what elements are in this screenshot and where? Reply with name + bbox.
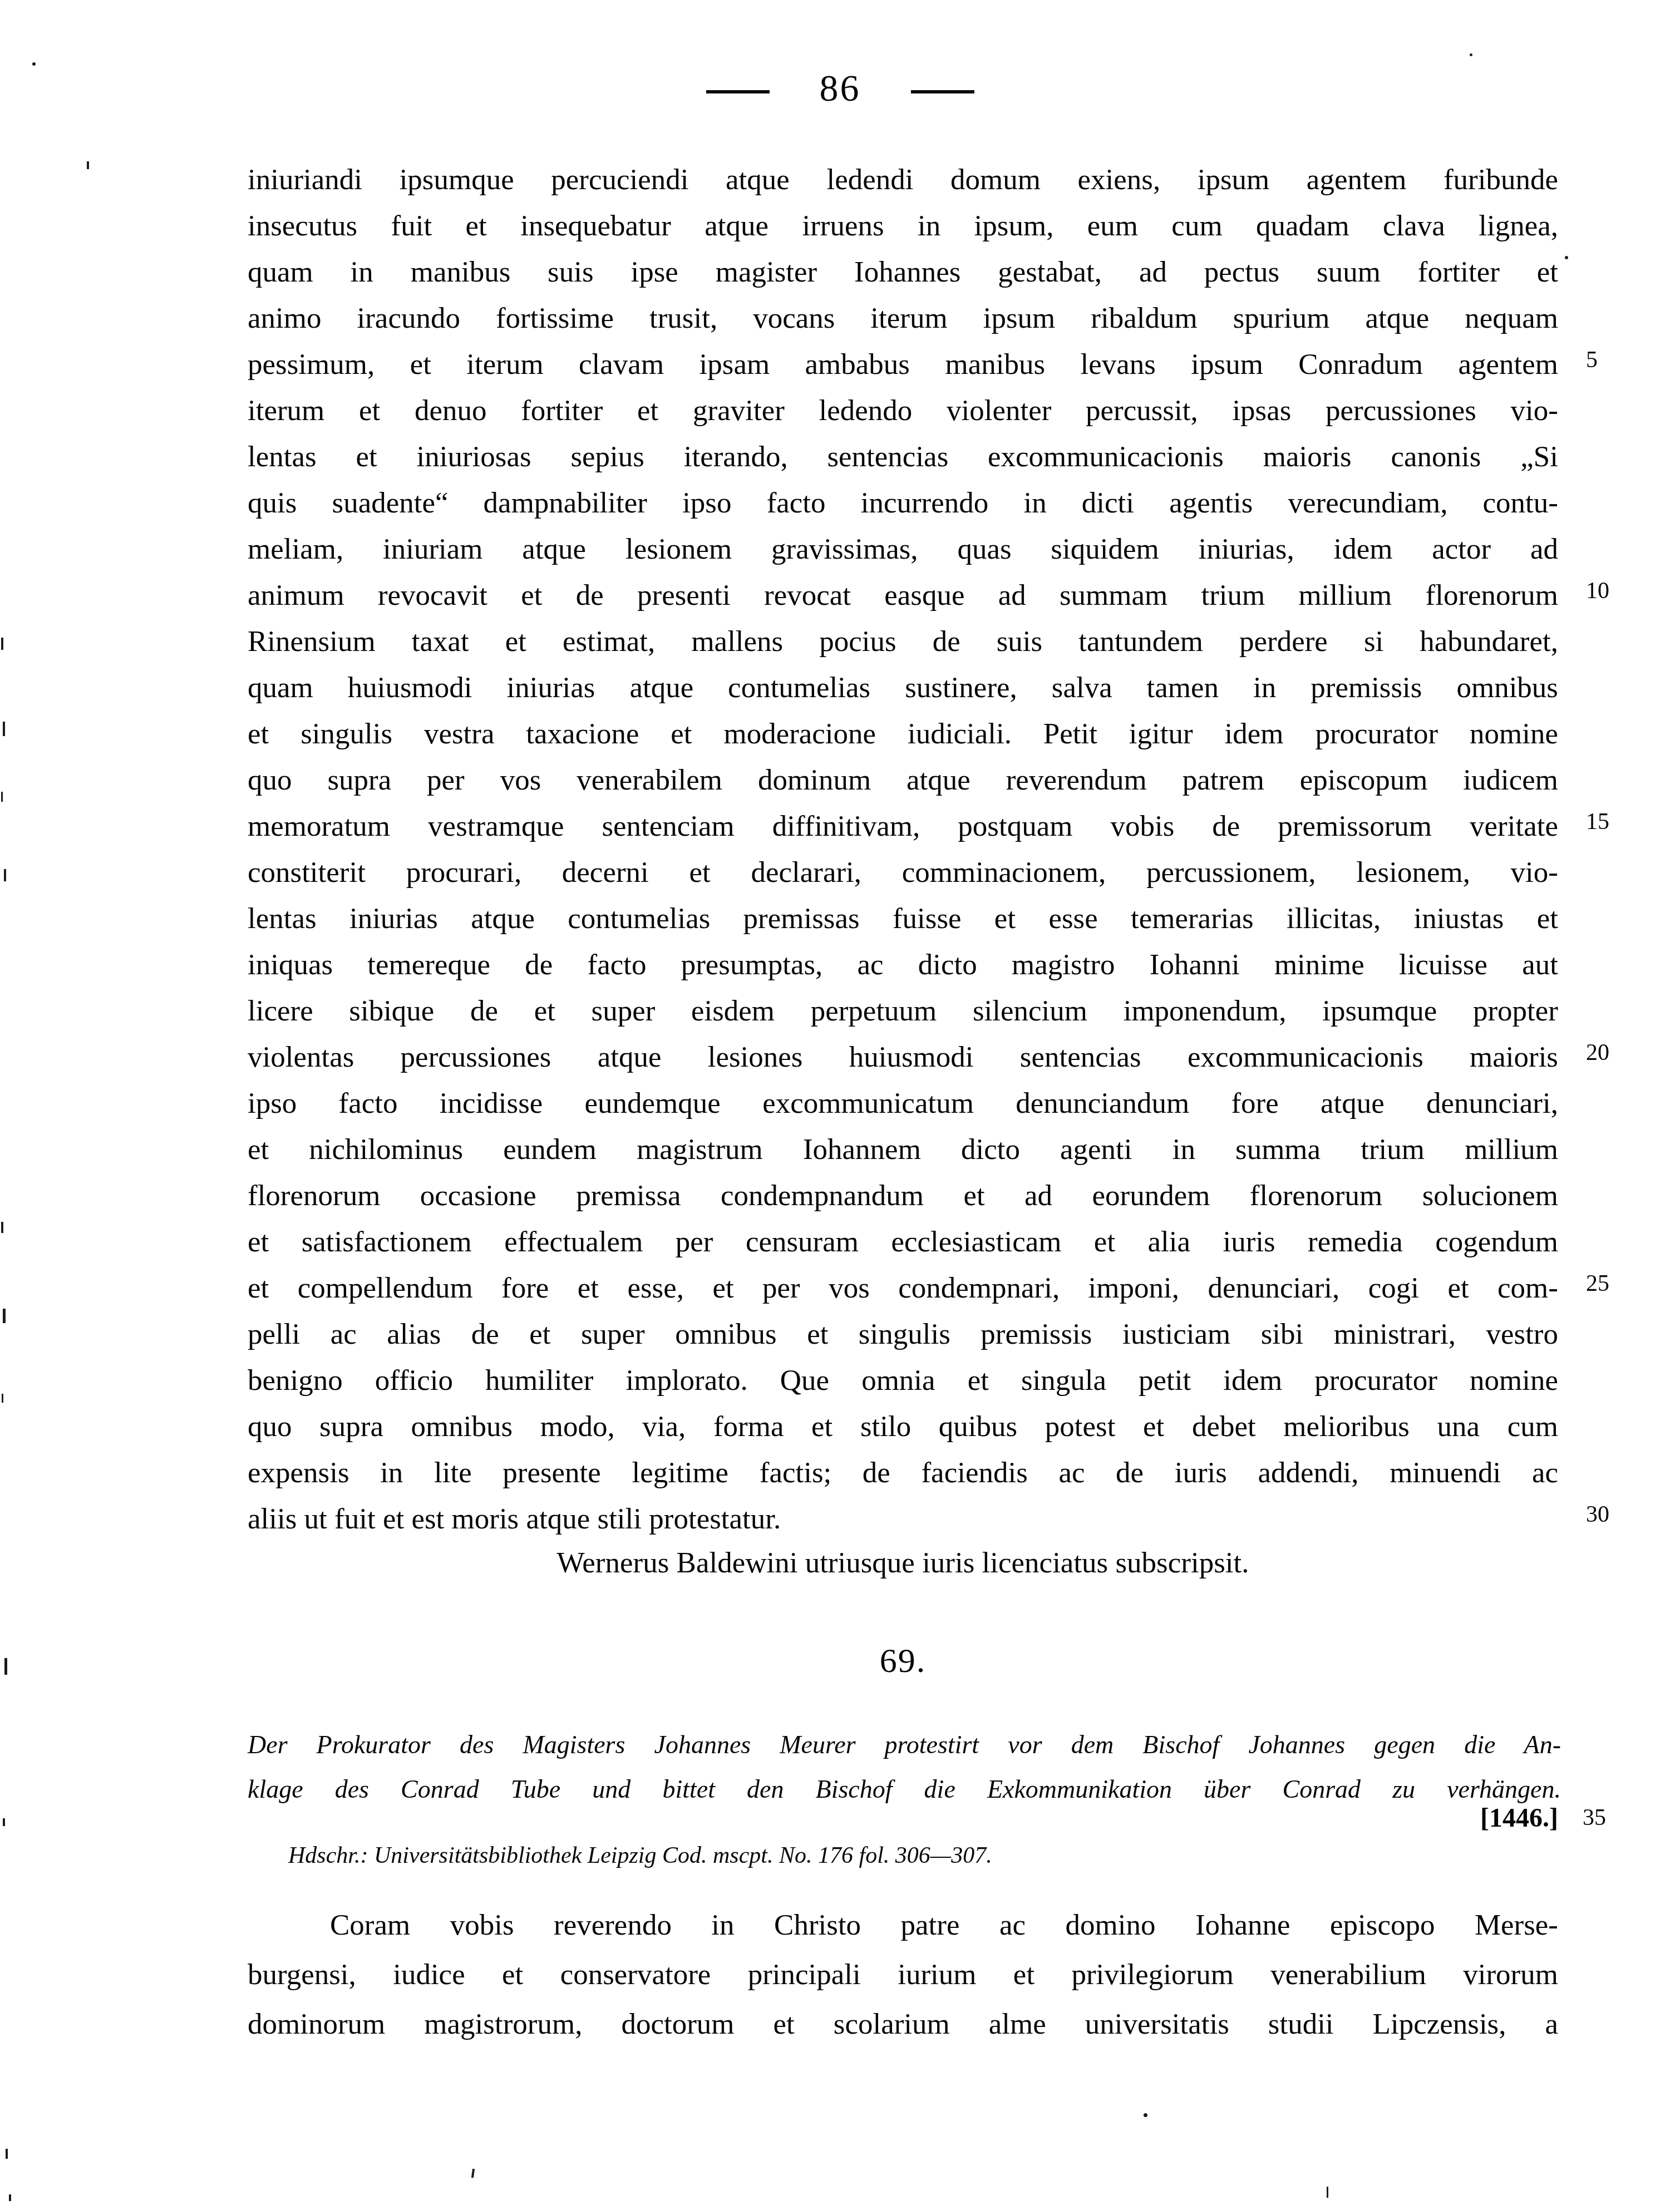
line-text: expensis in lite presente legitime facti… [248,1457,1558,1489]
line-text: licere sibique de et super eisdem perpet… [248,995,1558,1027]
text-line: florenorum occasione premissa condempnan… [248,1173,1558,1219]
text-line: animum revocavit et de presenti revocat … [248,573,1558,619]
text-line: expensis in lite presente legitime facti… [248,1450,1558,1496]
scan-artifact [4,1658,7,1675]
line-text: pessimum, et iterum clavam ipsam ambabus… [248,348,1558,381]
latin-body-paragraph: iniuriandi ipsumque percuciendi atque le… [248,157,1558,1542]
text-line: pelli ac alias de et super omnibus et si… [248,1311,1558,1358]
text-line: lentas et iniuriosas sepius iterando, se… [248,434,1558,480]
scan-artifact [32,62,36,66]
header-rule-right [911,90,974,93]
text-line: benigno officio humiliter implorato. Que… [248,1358,1558,1404]
signature-line: Wernerus Baldewini utriusque iuris licen… [248,1540,1558,1586]
text-line: licere sibique de et super eisdem perpet… [248,988,1558,1034]
line-text: dominorum magistrorum, doctorum et scola… [248,2008,1558,2040]
line-text: Der Prokurator des Magisters Johannes Me… [248,1730,1561,1759]
scan-artifact [3,1309,6,1323]
line-text: violentas percussiones atque lesiones hu… [248,1041,1558,1073]
text-line: iniquas temereque de facto presumptas, a… [248,942,1558,988]
text-line: quo supra per vos venerabilem dominum at… [248,757,1558,803]
text-line: animo iracundo fortissime trusit, vocans… [248,295,1558,342]
margin-line-number-20: 20 [1586,1041,1609,1064]
scan-artifact [1,1222,3,1233]
scan-artifact [3,722,5,736]
text-line: quam in manibus suis ipse magister Iohan… [248,249,1558,295]
text-line: et satisfactionem effectualem per censur… [248,1219,1558,1265]
line-text: et compellendum fore et esse, et per vos… [248,1272,1558,1304]
margin-line-number-15: 15 [1586,810,1609,833]
text-line: meliam, iniuriam atque lesionem gravissi… [248,526,1558,573]
text-line: ipso facto incidisse eundemque excommuni… [248,1081,1558,1127]
text-line: pessimum, et iterum clavam ipsam ambabus… [248,342,1558,388]
line-text: burgensi, iudice et conservatore princip… [248,1959,1558,1991]
page-number: 86 [820,69,861,107]
line-text: quo supra omnibus modo, via, forma et st… [248,1410,1558,1443]
line-text: animum revocavit et de presenti revocat … [248,579,1558,611]
line-text: ipso facto incidisse eundemque excommuni… [248,1087,1558,1119]
scan-artifact [4,869,6,881]
scan-artifact [6,2149,8,2159]
line-text: quam huiusmodi iniurias atque contumelia… [248,672,1558,704]
margin-line-number-35: 35 [1583,1806,1606,1829]
text-line: constiterit procurari, decerni et declar… [248,850,1558,896]
text-line: Coram vobis reverendo in Christo patre a… [248,1901,1558,1950]
text-line: aliis ut fuit et est moris atque stili p… [248,1496,1558,1542]
header-rule-left [706,90,770,93]
line-text: Rinensium taxat et estimat, mallens poci… [248,625,1558,658]
scan-artifact [471,2169,475,2178]
scan-artifact [1,638,3,650]
text-line: burgensi, iudice et conservatore princip… [248,1950,1558,2000]
text-line: et nichilominus eundem magistrum Iohanne… [248,1127,1558,1173]
text-line: et singulis vestra taxacione et moderaci… [248,711,1558,757]
line-text: constiterit procurari, decerni et declar… [248,856,1558,889]
document-date: [1446.] [1480,1803,1558,1833]
line-text: lentas et iniuriosas sepius iterando, se… [248,441,1558,473]
scan-artifact [2,1394,3,1403]
text-line: iniuriandi ipsumque percuciendi atque le… [248,157,1558,203]
line-text: florenorum occasione premissa condempnan… [248,1180,1558,1212]
scan-artifact [9,2194,11,2201]
scan-artifact [1144,2113,1147,2117]
line-text: benigno officio humiliter implorato. Que… [248,1364,1558,1397]
line-text: et satisfactionem effectualem per censur… [248,1226,1558,1258]
text-line: dominorum magistrorum, doctorum et scola… [248,2000,1558,2049]
scan-artifact [1565,256,1568,259]
margin-line-number-25: 25 [1586,1272,1609,1295]
line-text: quam in manibus suis ipse magister Iohan… [248,256,1558,288]
text-line: violentas percussiones atque lesiones hu… [248,1034,1558,1081]
text-line: quis suadente“ dampnabiliter ipso facto … [248,480,1558,526]
line-text: et singulis vestra taxacione et moderaci… [248,718,1558,750]
text-line: Rinensium taxat et estimat, mallens poci… [248,619,1558,665]
margin-line-number-5: 5 [1586,348,1598,372]
latin-continuation-paragraph: Coram vobis reverendo in Christo patre a… [248,1901,1558,2049]
line-text: iniquas temereque de facto presumptas, a… [248,949,1558,981]
line-text: Coram vobis reverendo in Christo patre a… [330,1909,1558,1941]
scan-artifact [87,161,89,169]
text-line: et compellendum fore et esse, et per vos… [248,1265,1558,1311]
text-line: quam huiusmodi iniurias atque contumelia… [248,665,1558,711]
line-text: pelli ac alias de et super omnibus et si… [248,1318,1558,1350]
margin-line-number-10: 10 [1586,579,1609,603]
line-text: iterum et denuo fortiter et graviter led… [248,394,1558,427]
scan-artifact [1327,2187,1328,2198]
text-line: insecutus fuit et insequebatur atque irr… [248,203,1558,249]
manuscript-source-note: Hdschr.: Universitätsbibliothek Leipzig … [288,1841,1563,1871]
page-header: 86 [0,69,1680,107]
line-text: et nichilominus eundem magistrum Iohanne… [248,1133,1558,1166]
scan-artifact [3,1818,5,1826]
line-text: memoratum vestramque sentenciam diffinit… [248,810,1558,842]
line-text: iniuriandi ipsumque percuciendi atque le… [248,164,1558,196]
scan-artifact [1,792,3,802]
text-line: memoratum vestramque sentenciam diffinit… [248,803,1558,850]
margin-line-number-30: 30 [1586,1503,1609,1526]
scan-artifact [1470,53,1472,56]
section-number: 69. [248,1640,1558,1681]
text-line: iterum et denuo fortiter et graviter led… [248,388,1558,434]
line-text: meliam, iniuriam atque lesionem gravissi… [248,533,1558,565]
regest-line: Der Prokurator des Magisters Johannes Me… [248,1723,1561,1767]
line-text: insecutus fuit et insequebatur atque irr… [248,210,1558,242]
german-regest: Der Prokurator des Magisters Johannes Me… [248,1723,1561,1812]
text-line: lentas iniurias atque contumelias premis… [248,896,1558,942]
text-line: quo supra omnibus modo, via, forma et st… [248,1404,1558,1450]
scanned-document-page: 86 iniuriandi ipsumque percuciendi atque… [0,0,1680,2205]
line-text: lentas iniurias atque contumelias premis… [248,902,1558,935]
line-text: animo iracundo fortissime trusit, vocans… [248,302,1558,334]
line-text: klage des Conrad Tube und bittet den Bis… [248,1775,1561,1803]
line-text: quo supra per vos venerabilem dominum at… [248,764,1558,796]
date-line: [1446.] 35 [248,1802,1558,1835]
line-text: quis suadente“ dampnabiliter ipso facto … [248,487,1558,519]
line-text: aliis ut fuit et est moris atque stili p… [248,1503,781,1535]
